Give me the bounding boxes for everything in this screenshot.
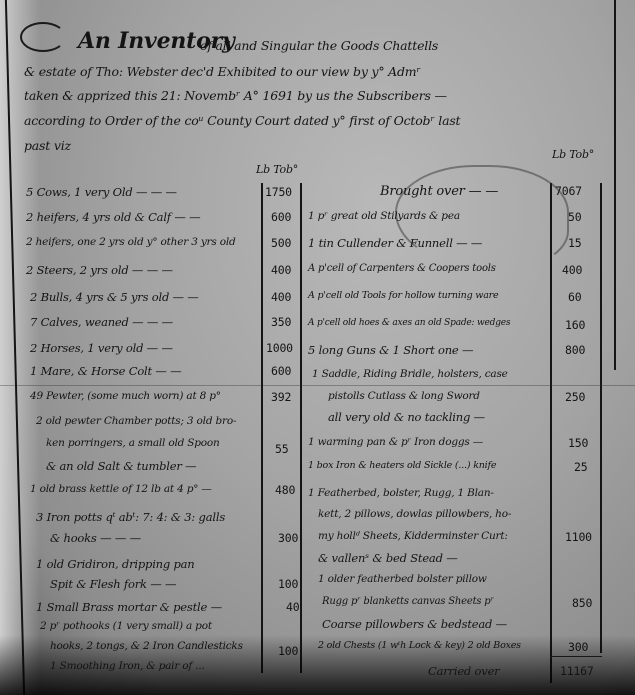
list-item: 1 tin Cullender & Funnell — —: [308, 236, 482, 250]
item-value: 7067: [555, 184, 582, 198]
list-item: 2 pʳ pothooks (1 very small) a pot: [40, 620, 212, 632]
list-item: Coarse pillowbers & bedstead —: [322, 617, 507, 631]
item-value: 1100: [565, 530, 592, 544]
heading-line-1: of all and Singular the Goods Chattells: [200, 38, 438, 53]
list-item: 1 older featherbed bolster pillow: [318, 573, 487, 585]
list-item: 5 Cows, 1 very Old — — —: [26, 185, 177, 199]
list-item: Spit & Flesh fork — —: [50, 577, 176, 591]
item-value: 300: [568, 640, 588, 654]
heading-line-5: past viz: [24, 138, 71, 153]
list-item: & vallenˢ & bed Stead —: [318, 551, 458, 565]
heading-line-2: & estate of Tho: Webster dec'd Exhibited…: [24, 64, 421, 79]
item-value: 100: [278, 577, 298, 591]
item-value: 55: [275, 442, 288, 456]
list-item: Brought over — —: [380, 184, 498, 199]
right-border-rule: [614, 0, 616, 370]
list-item: 1 Smoothing Iron, & pair of ...: [50, 660, 205, 672]
list-item: 49 Pewter, (some much worn) at 8 p°: [30, 390, 221, 402]
list-item: 1 warming pan & pʳ Iron doggs —: [308, 436, 483, 448]
list-item: hooks, 2 tongs, & 2 Iron Candlesticks: [50, 640, 243, 652]
right-column-header: Lb Tob°: [552, 148, 594, 161]
list-item: 2 heifers, 4 yrs old & Calf — —: [26, 210, 200, 224]
item-value: 300: [278, 531, 298, 545]
list-item: my hollᵈ Sheets, Kidderminster Curt:: [318, 530, 508, 542]
item-value: 392: [271, 390, 291, 404]
item-value: 400: [271, 263, 291, 277]
item-value: 250: [565, 390, 585, 404]
list-item: 2 old pewter Chamber potts; 3 old bro-: [36, 415, 236, 427]
list-item: 1 Featherbed, bolster, Rugg, 1 Blan-: [308, 487, 494, 499]
list-item: kett, 2 pillows, dowlas pillowbers, ho-: [318, 508, 511, 520]
item-value: 40: [286, 600, 299, 614]
list-item: 2 heifers, one 2 yrs old y° other 3 yrs …: [26, 236, 236, 248]
paper-crease: [0, 385, 635, 386]
item-value: 400: [562, 263, 582, 277]
heading-line-3: taken & apprized this 21: Novembʳ A° 169…: [24, 88, 447, 103]
list-item: 2 old Chests (1 wᵗh Lock & key) 2 old Bo…: [318, 640, 521, 651]
document-page: An Inventory of all and Singular the Goo…: [0, 0, 635, 695]
item-value: 500: [271, 236, 291, 250]
list-item: 7 Calves, weaned — — —: [30, 315, 173, 329]
list-item: 3 Iron potts qᵗ abᵗ: 7: 4: & 3: galls: [36, 510, 225, 524]
carried-over-label: Carried over: [428, 664, 499, 678]
list-item: 1 box Iron & heaters old Sickle (...) kn…: [308, 460, 496, 471]
carried-over-total: 11167: [560, 664, 594, 678]
item-value: 350: [271, 315, 291, 329]
item-value: 50: [568, 210, 581, 224]
heading-line-4: according to Order of the coᵘ County Cou…: [24, 113, 460, 128]
item-value: 1750: [265, 185, 292, 199]
item-value: 160: [565, 318, 585, 332]
list-item: 1 old Gridiron, dripping pan: [36, 557, 195, 571]
item-value: 400: [271, 290, 291, 304]
item-value: 850: [572, 596, 592, 610]
item-value: 800: [565, 343, 585, 357]
item-value: 25: [574, 460, 587, 474]
item-value: 15: [568, 236, 581, 250]
list-item: 1 Mare, & Horse Colt — —: [30, 364, 181, 378]
list-item: 1 Small Brass mortar & pestle —: [36, 600, 222, 614]
item-value: 1000: [266, 341, 293, 355]
item-value: 600: [271, 364, 291, 378]
list-item: 2 Steers, 2 yrs old — — —: [26, 263, 173, 277]
item-value: 480: [275, 483, 295, 497]
item-value: 100: [278, 644, 298, 658]
right-values-rule-2: [600, 183, 602, 653]
list-item: 1 Saddle, Riding Bridle, holsters, case: [312, 368, 508, 380]
list-item: A p'cell old hoes & axes an old Spade: w…: [308, 318, 510, 328]
list-item: all very old & no tackling —: [328, 410, 485, 424]
list-item: A p'cell old Tools for hollow turning wa…: [308, 290, 498, 301]
left-values-rule-1: [261, 183, 263, 673]
item-value: 600: [271, 210, 291, 224]
list-item: & an old Salt & tumbler —: [46, 459, 196, 473]
list-item: pistolls Cutlass & long Sword: [328, 390, 480, 402]
flourish-decoration: [20, 22, 66, 52]
item-value: 60: [568, 290, 581, 304]
total-rule: [550, 656, 602, 657]
item-value: 150: [568, 436, 588, 450]
list-item: A p'cell of Carpenters & Coopers tools: [308, 263, 496, 274]
list-item: & hooks — — —: [50, 531, 141, 545]
list-item: 2 Bulls, 4 yrs & 5 yrs old — —: [30, 290, 199, 304]
list-item: 2 Horses, 1 very old — —: [30, 341, 173, 355]
list-item: Rugg pʳ blanketts canvas Sheets pʳ: [322, 596, 494, 607]
list-item: 1 old brass kettle of 12 lb at 4 p° —: [30, 483, 212, 495]
list-item: 5 long Guns & 1 Short one —: [308, 343, 473, 357]
left-values-rule-2: [300, 183, 302, 673]
list-item: 1 pʳ great old Stilyards & pea: [308, 210, 460, 222]
left-column-header: Lb Tob°: [256, 163, 298, 176]
list-item: ken porringers, a small old Spoon: [46, 437, 220, 449]
